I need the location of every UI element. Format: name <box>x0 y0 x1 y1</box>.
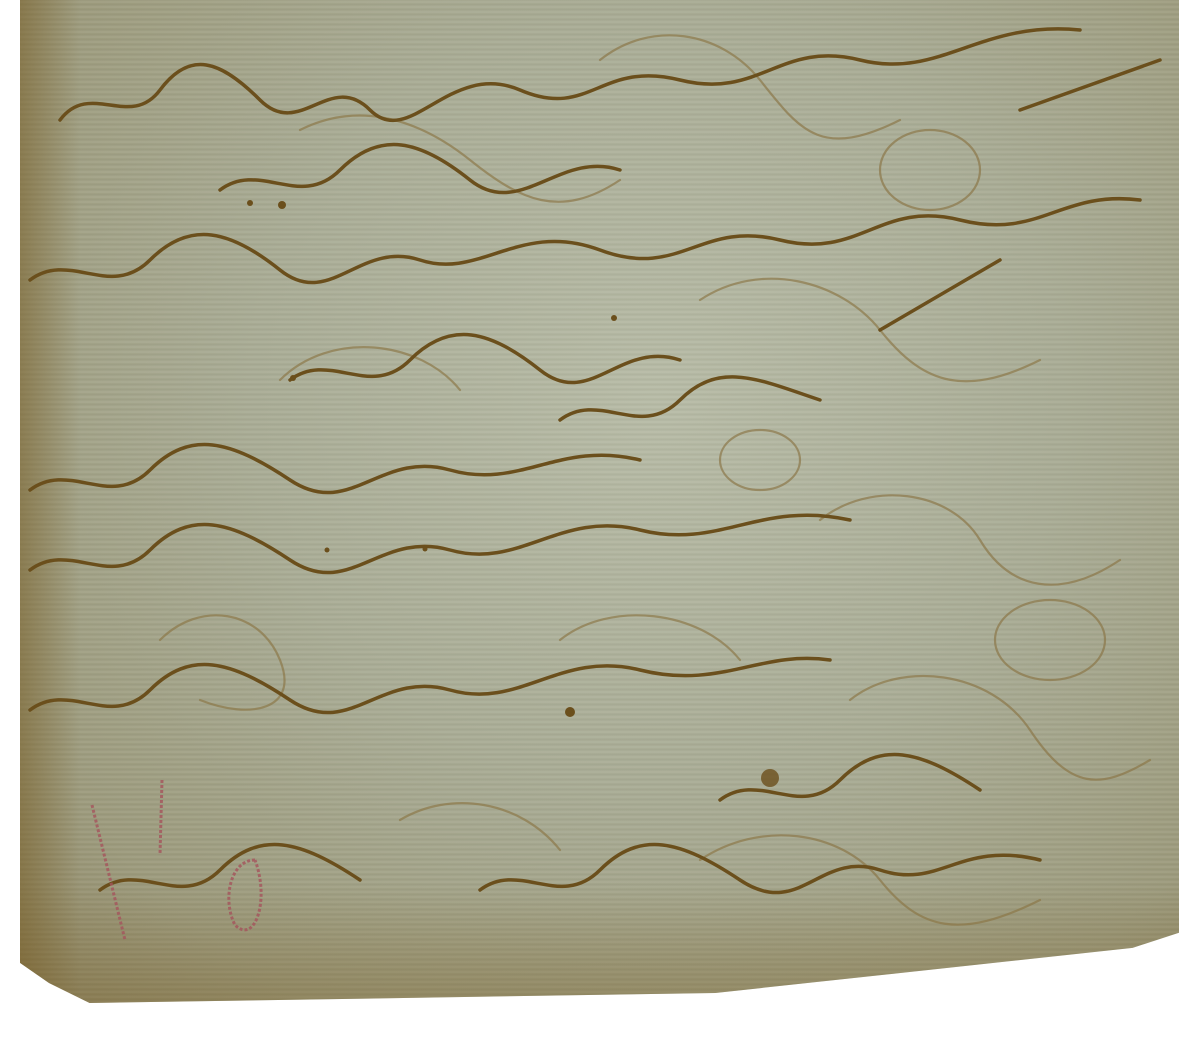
primary-script-lines <box>30 29 1160 893</box>
bleed-through-strokes <box>160 35 1150 924</box>
pencil-mark-11 <box>92 780 261 940</box>
handwriting-layer <box>0 0 1179 1051</box>
